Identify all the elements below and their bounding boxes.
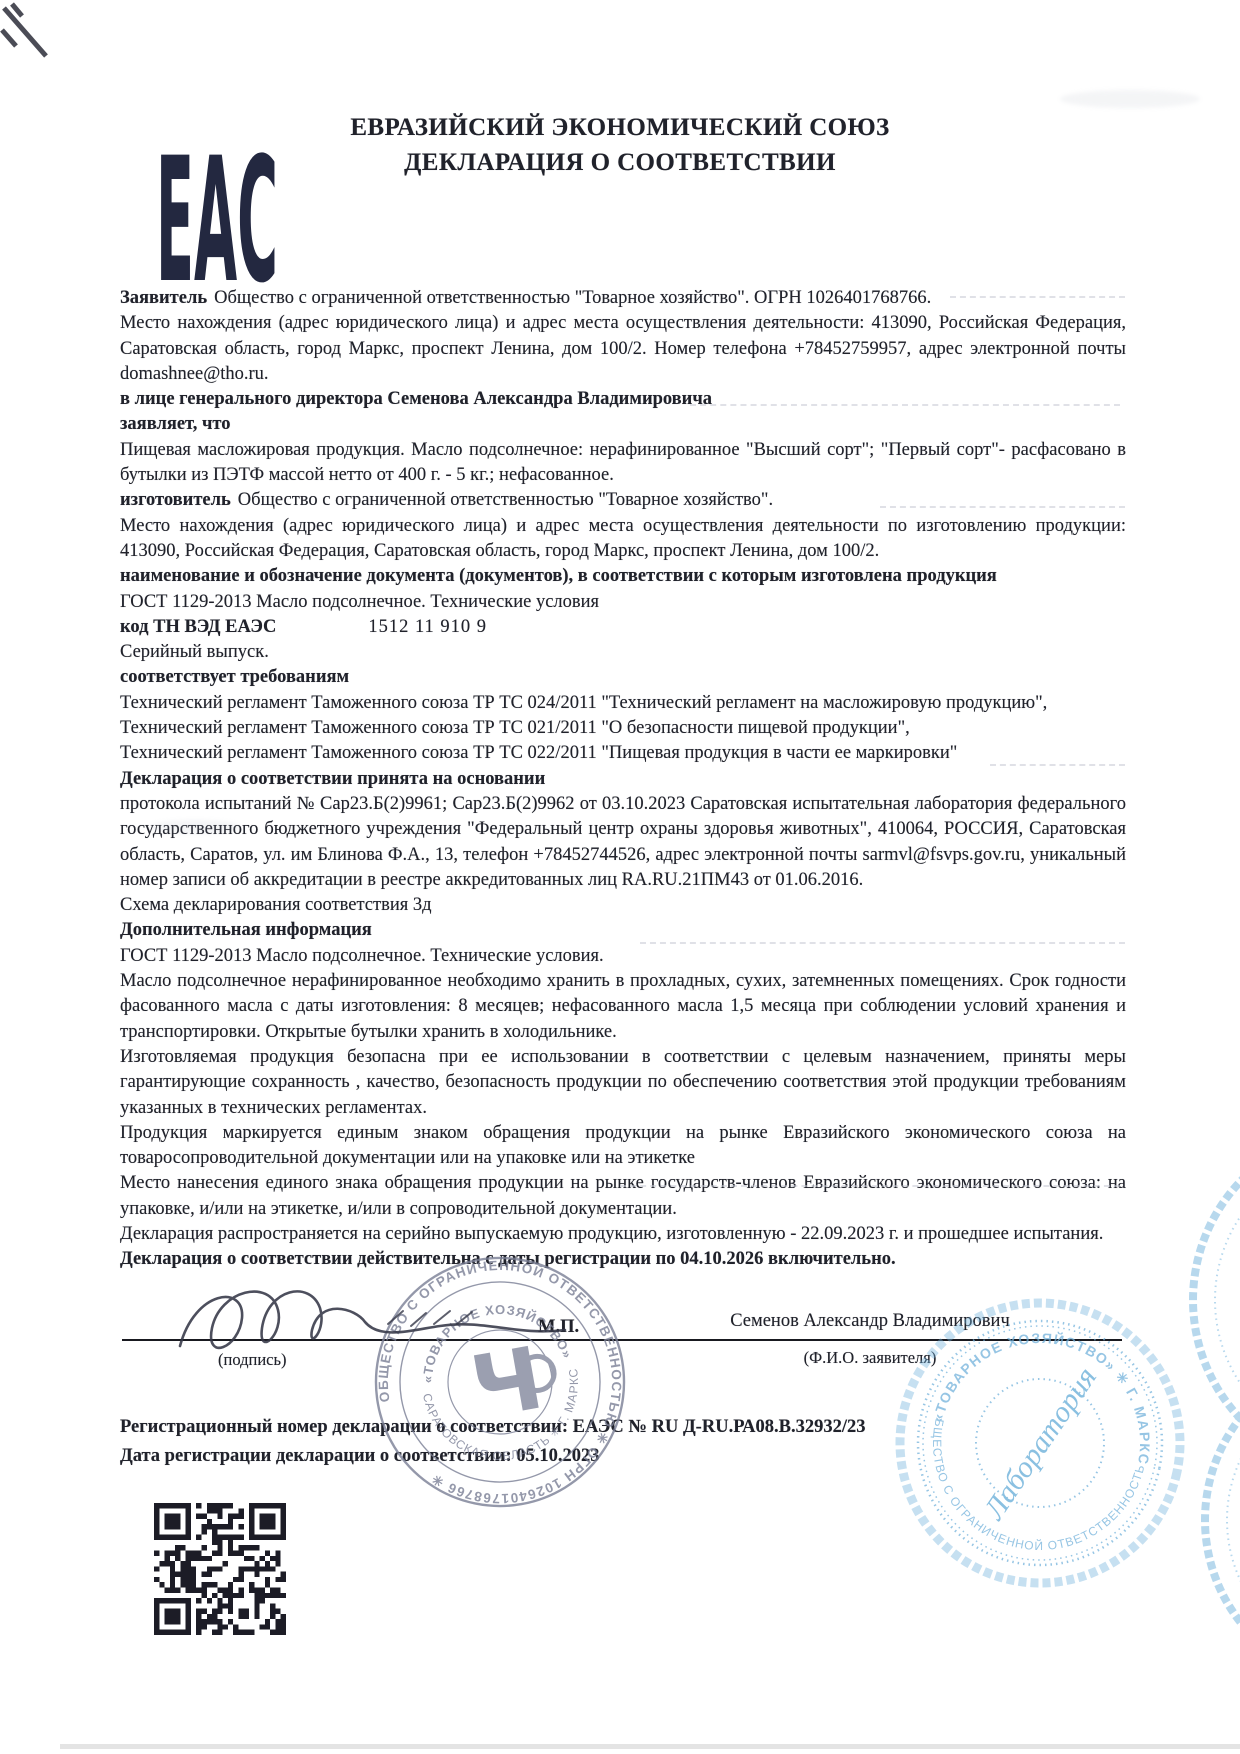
declares-line: заявляет, что	[120, 412, 1126, 437]
manufacturer-text: Общество с ограниченной ответственностью…	[238, 490, 773, 510]
document-body: ЗаявительОбщество с ограниченной ответст…	[120, 286, 1126, 1635]
scan-dash-artifact	[690, 404, 1120, 406]
scan-dash-artifact	[990, 764, 1125, 766]
tnved-line: код ТН ВЭД ЕАЭС1512 11 910 9	[120, 615, 1126, 640]
tr-024-line: Технический регламент Таможенного союза …	[120, 691, 1126, 716]
signature-block: Семенов Александр Владимирович (Ф.И.О. з…	[120, 1309, 1126, 1391]
manufacturer-label: изготовитель	[120, 490, 231, 510]
scan-smudge	[150, 820, 240, 834]
registration-date-line: Дата регистрации декларации о соответств…	[120, 1442, 1126, 1471]
applicant-line: ЗаявительОбщество с ограниченной ответст…	[120, 286, 1126, 311]
podpis-caption: (подпись)	[218, 1347, 287, 1372]
marking-paragraph: Продукция маркируется единым знаком обра…	[120, 1121, 1126, 1172]
declaration-document-page: ЕАС ЕВРАЗИЙСКИЙ ЭКОНОМИЧЕСКИЙ СОЮЗ ДЕКЛА…	[0, 0, 1240, 1754]
scheme-line: Схема декларирования соответствия 3д	[120, 893, 1126, 918]
scan-corner-artifact	[0, 0, 70, 80]
qr-code	[154, 1503, 286, 1635]
storage-paragraph: Масло подсолнечное нерафинированное необ…	[120, 969, 1126, 1045]
document-title: ЕВРАЗИЙСКИЙ ЭКОНОМИЧЕСКИЙ СОЮЗ ДЕКЛАРАЦИ…	[120, 110, 1120, 180]
tr-021-line: Технический регламент Таможенного союза …	[120, 716, 1126, 741]
title-doc-type: ДЕКЛАРАЦИЯ О СООТВЕТСТВИИ	[120, 145, 1120, 180]
basis-heading: Декларация о соответствии принята на осн…	[120, 767, 1126, 792]
blue-stamp-edge-arcs	[1130, 1120, 1240, 1680]
tr-022-line: Технический регламент Таможенного союза …	[120, 741, 1126, 766]
tnved-value: 1512 11 910 9	[368, 615, 487, 640]
gost-additional-line: ГОСТ 1129-2013 Масло подсолнечное. Техни…	[120, 944, 1126, 969]
gost-line: ГОСТ 1129-2013 Масло подсолнечное. Техни…	[120, 590, 1126, 615]
signature-rule	[122, 1339, 1122, 1341]
conformity-heading: соответствует требованиям	[120, 665, 1126, 690]
additional-heading: Дополнительная информация	[120, 918, 1126, 943]
location-paragraph: Место нахождения (адрес юридического лиц…	[120, 311, 1126, 387]
scan-smudge	[1060, 90, 1200, 108]
protocols-paragraph: протокола испытаний № Сар23.Б(2)9961; Са…	[120, 792, 1126, 893]
manufacturer-line: изготовительОбщество с ограниченной отве…	[120, 488, 1126, 513]
coverage-paragraph: Декларация распространяется на серийно в…	[120, 1222, 1126, 1247]
scan-dash-artifact	[620, 1185, 1120, 1187]
applicant-name: Семенов Александр Владимирович	[720, 1309, 1020, 1334]
applicant-label: Заявитель	[120, 288, 207, 308]
title-union: ЕВРАЗИЙСКИЙ ЭКОНОМИЧЕСКИЙ СОЮЗ	[120, 110, 1120, 145]
applicant-text: Общество с ограниченной ответственностью…	[214, 288, 931, 308]
serial-line: Серийный выпуск.	[120, 640, 1126, 665]
director-line: в лице генерального директора Семенова А…	[120, 387, 1126, 412]
tnved-label: код ТН ВЭД ЕАЭС	[120, 617, 276, 637]
safety-paragraph: Изготовляемая продукция безопасна при ее…	[120, 1045, 1126, 1121]
scan-dash-artifact	[640, 942, 1125, 944]
marking-place-paragraph: Место нанесения единого знака обращения …	[120, 1171, 1126, 1222]
scan-dash-artifact	[880, 506, 1125, 508]
mp-mark: М.П.	[538, 1315, 579, 1340]
registration-number-line: Регистрационный номер декларации о соотв…	[120, 1413, 1126, 1442]
doc-basis-heading: наименование и обозначение документа (до…	[120, 564, 1126, 589]
validity-line: Декларация о соответствии действительна …	[120, 1247, 1126, 1272]
product-paragraph: Пищевая масложировая продукция. Масло по…	[120, 438, 1126, 489]
fio-caption: (Ф.И.О. заявителя)	[755, 1345, 985, 1370]
manufacturing-location-paragraph: Место нахождения (адрес юридического лиц…	[120, 514, 1126, 565]
registration-block: Регистрационный номер декларации о соотв…	[120, 1413, 1126, 1471]
scan-bottom-streak	[60, 1744, 1240, 1749]
scan-dash-artifact	[950, 296, 1125, 298]
